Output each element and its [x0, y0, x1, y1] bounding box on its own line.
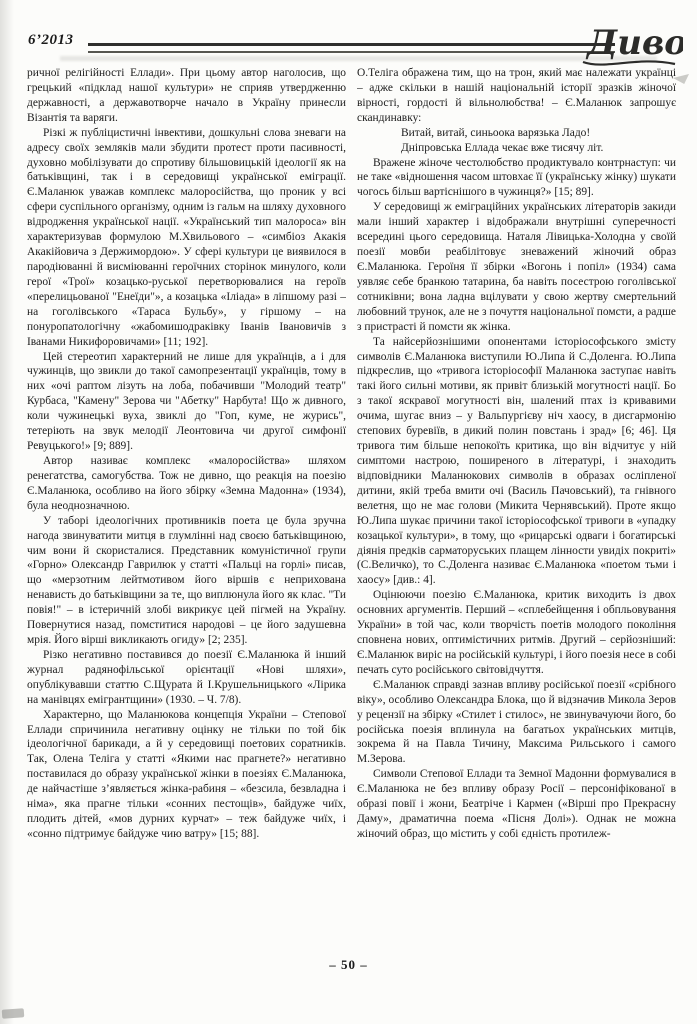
verse-quote: Витай, витай, синьоока варязька Ладо!Дні…	[357, 126, 676, 156]
paragraph: Різкі ж публіцистичні інвективи, дошкуль…	[27, 126, 346, 350]
paragraph: Різко негативно поставився до поезії Є.М…	[27, 648, 346, 708]
paragraph: Автор називає комплекс «малоросійства» ш…	[27, 454, 346, 514]
page-number: – 50 –	[329, 957, 368, 972]
scan-artifact	[2, 1008, 25, 1019]
scan-edge-shadow	[0, 0, 14, 1024]
verse-line: Витай, витай, синьоока варязька Ладо!	[357, 126, 676, 141]
paragraph: Цей стереотип характерний не лише для ук…	[27, 350, 346, 454]
paragraph: Вражене жіноче честолюбство продиктувало…	[357, 156, 676, 201]
header-rule-bleed	[60, 56, 657, 61]
paragraph: Оцінюючи поезію Є.Маланюка, критик виход…	[357, 588, 676, 678]
journal-page: 6’2013 Диво ричної релігійності Еллади».…	[0, 0, 697, 1024]
column-left: ричної релігійності Еллади». При цьому а…	[27, 66, 346, 962]
paragraph: Та найсерйознішими опонентами історіософ…	[357, 335, 676, 589]
journal-logo-text: Диво	[585, 23, 683, 63]
paragraph: У середовищі ж еміграційних українських …	[357, 200, 676, 334]
paragraph: ричної релігійності Еллади». При цьому а…	[27, 66, 346, 126]
article-body: ричної релігійності Еллади». При цьому а…	[27, 66, 676, 962]
paragraph: Символи Степової Еллади та Земної Мадонн…	[357, 767, 676, 842]
verse-line: Дніпровська Еллада чекає вже тисячу літ.	[357, 141, 676, 156]
page-footer: – 50 –	[0, 956, 697, 974]
paragraph: У таборі ідеологічних противників поета …	[27, 514, 346, 648]
header-rule	[88, 43, 615, 53]
paragraph: О.Теліга ображена тим, що на трон, який …	[357, 66, 676, 126]
paragraph: Є.Маланюк справді зазнав впливу російськ…	[357, 678, 676, 768]
column-right: О.Теліга ображена тим, що на трон, який …	[357, 66, 676, 962]
issue-label: 6’2013	[28, 32, 74, 49]
paragraph: Характерно, що Маланюкова концепція Укра…	[27, 708, 346, 842]
